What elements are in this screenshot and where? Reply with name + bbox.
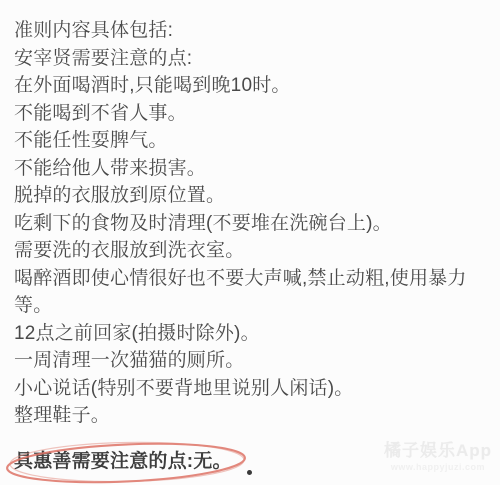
rule-item: 不能任性耍脾气。 [14, 127, 478, 155]
rule-item: 小心说话(特别不要背地里说别人闲话)。 [14, 375, 478, 403]
watermark-url-label: www.happyjuzi.com [384, 462, 492, 472]
stray-dot-mark [247, 470, 252, 475]
watermark: 橘子娱乐App www.happyjuzi.com [384, 436, 492, 472]
rule-item: 脱掉的衣服放到原位置。 [14, 182, 478, 210]
rule-item: 12点之前回家(拍摄时除外)。 [14, 320, 478, 348]
rule-item: 整理鞋子。 [14, 402, 478, 430]
rule-item: 喝醉酒即使心情很好也不要大声喊,禁止动粗,使用暴力等。 [14, 265, 478, 320]
rule-item: 不能给他人带来损害。 [14, 155, 478, 183]
rule-item: 不能喝到不省人事。 [14, 100, 478, 128]
watermark-brand-label: 橘子娱乐App [384, 436, 492, 461]
rule-item: 在外面喝酒时,只能喝到晚10时。 [14, 72, 478, 100]
rule-item: 吃剩下的食物及时清理(不要堆在洗碗台上)。 [14, 210, 478, 238]
rule-item: 一周清理一次猫猫的厕所。 [14, 347, 478, 375]
document-title: 准则内容具体包括: [14, 17, 478, 45]
rule-item: 需要洗的衣服放到洗衣室。 [14, 237, 478, 265]
section-goo-text: 具惠善需要注意的点:无。 [14, 448, 232, 476]
section-ahn-header: 安宰贤需要注意的点: [14, 45, 478, 73]
rules-document-page: 准则内容具体包括: 安宰贤需要注意的点: 在外面喝酒时,只能喝到晚10时。 不能… [0, 0, 500, 485]
rules-text-block: 准则内容具体包括: 安宰贤需要注意的点: 在外面喝酒时,只能喝到晚10时。 不能… [0, 0, 500, 430]
